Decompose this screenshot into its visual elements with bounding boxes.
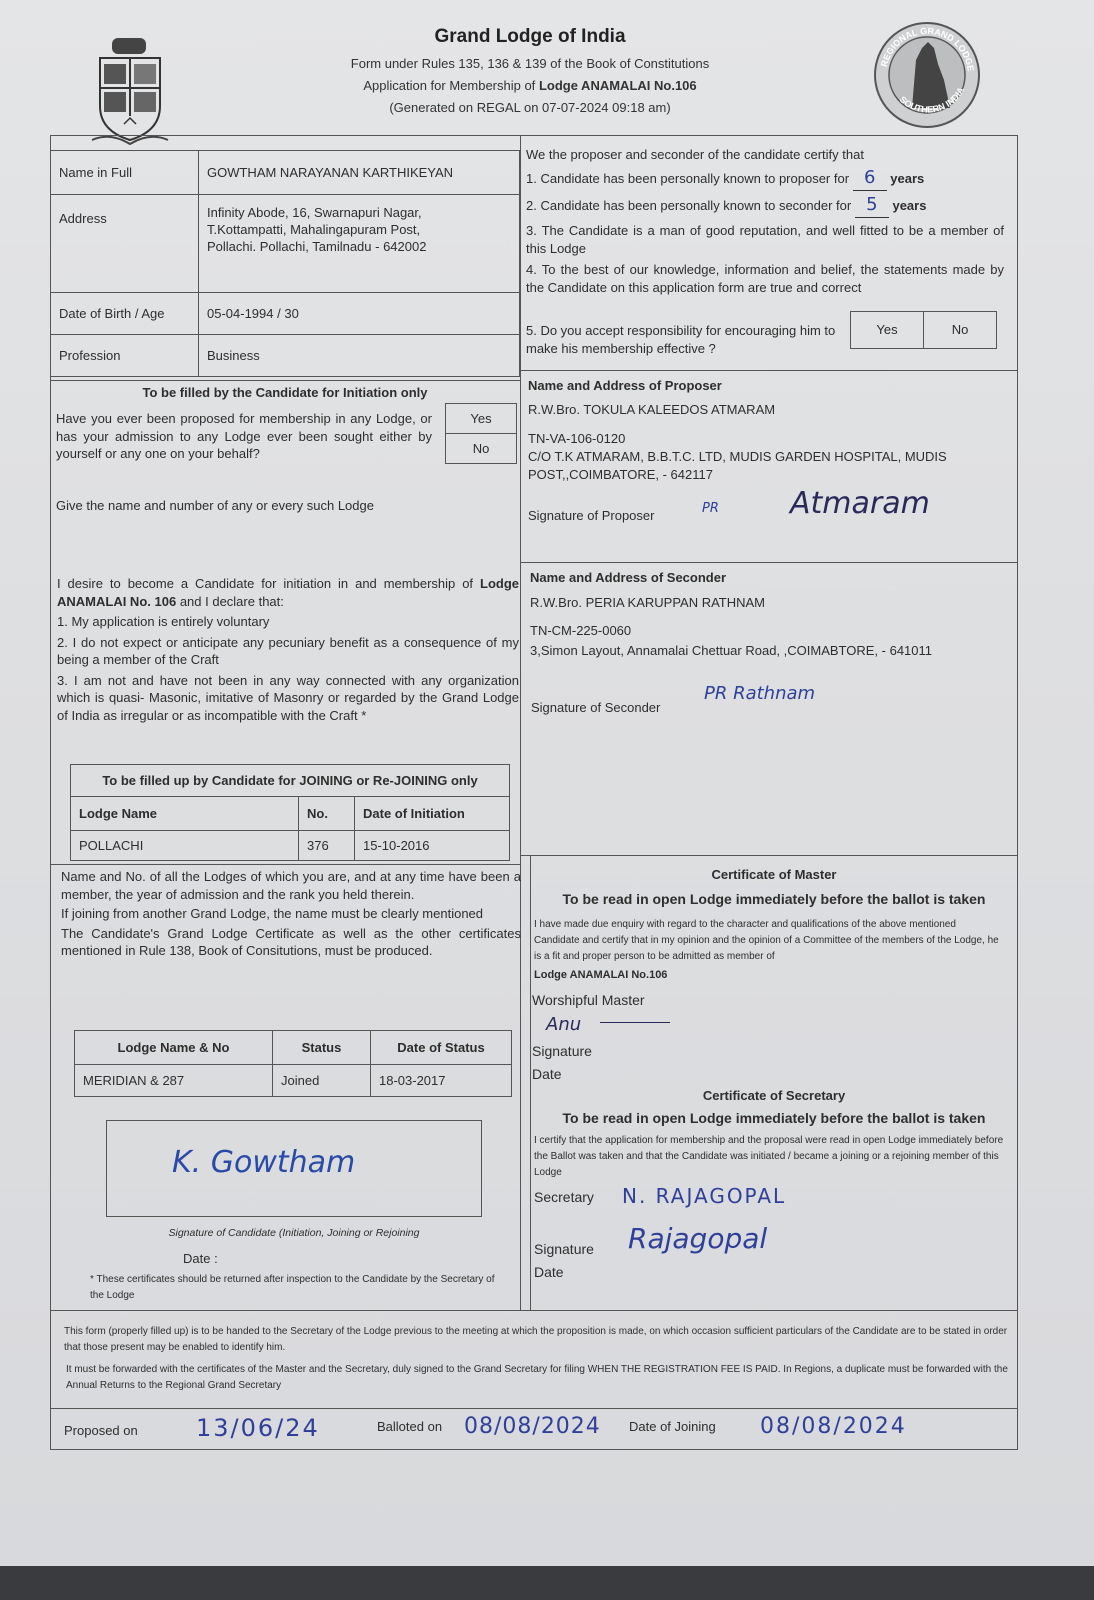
certify-item-2-text: 2. Candidate has been personally known t… [526, 198, 851, 213]
proposed-on-label: Proposed on [64, 1422, 138, 1440]
table-cell: Joined [273, 1065, 371, 1097]
candidate-signature: K. Gowtham [172, 1145, 355, 1180]
column-header: Lodge Name [71, 797, 299, 831]
lodges-note-p1: Name and No. of all the Lodges of which … [61, 868, 521, 903]
master-signature-label: Signature [532, 1042, 592, 1061]
declaration-item: 3. I am not and have not been in any way… [57, 672, 519, 725]
proposer-address: C/O T.K ATMARAM, B.B.T.C. LTD, MUDIS GAR… [528, 448, 998, 483]
joining-table: To be filled up by Candidate for JOINING… [70, 764, 510, 861]
years-label: years [890, 171, 924, 186]
secretary-date-label: Date [534, 1263, 564, 1282]
address-label: Address [51, 195, 199, 293]
table-header-row: Lodge Name & No Status Date of Status [75, 1031, 512, 1065]
secretary-cert-body: I certify that the application for membe… [534, 1133, 1006, 1181]
dob-value: 05-04-1994 / 30 [199, 293, 520, 335]
candidate-date-label: Date : [183, 1250, 218, 1268]
master-signature: Anu [546, 1014, 581, 1035]
declaration-item: 1. My application is entirely voluntary [57, 613, 519, 631]
certify-item-3: 3. The Candidate is a man of good reputa… [526, 222, 1004, 257]
secretary-name: N. RAJAGOPAL [622, 1184, 786, 1208]
table-row: Address Infinity Abode, 16, Swarnapuri N… [51, 195, 520, 293]
application-prefix: Application for Membership of [363, 78, 535, 93]
table-header-row: To be filled up by Candidate for JOINING… [71, 765, 510, 797]
table-row: Name in Full GOWTHAM NARAYANAN KARTHIKEY… [51, 151, 520, 195]
footer-divider [50, 1408, 1018, 1409]
lodges-note-p3: The Candidate's Grand Lodge Certificate … [61, 925, 521, 960]
certify-item-2: 2. Candidate has been personally known t… [526, 193, 1004, 218]
instructions-divider [50, 1310, 1018, 1311]
proposer-signature-label: Signature of Proposer [528, 507, 654, 525]
master-date-label: Date [532, 1065, 562, 1084]
balloted-on-label: Balloted on [377, 1418, 442, 1436]
profession-label: Profession [51, 335, 199, 377]
certify-item-1-text: 1. Candidate has been personally known t… [526, 171, 849, 186]
secretary-role-label: Secretary [534, 1188, 594, 1207]
lodges-note-p2: If joining from another Grand Lodge, the… [61, 905, 521, 923]
certify-item-4: 4. To the best of our knowledge, informa… [526, 261, 1004, 296]
secretary-cert-subtitle: To be read in open Lodge immediately bef… [530, 1109, 1018, 1128]
initiation-divider [50, 380, 520, 381]
table-cell: POLLACHI [71, 831, 299, 861]
proposed-on-value[interactable]: 13/06/24 [196, 1414, 320, 1442]
name-label: Name in Full [51, 151, 199, 195]
background-surface [0, 1566, 1094, 1600]
lodge-name-prompt: Give the name and number of any or every… [56, 497, 516, 515]
declaration-intro-tail: and I declare that: [180, 594, 284, 609]
regional-grand-lodge-seal-icon: REGIONAL GRAND LODGE SOUTHERN INDIA [872, 20, 982, 130]
table-header-row: Lodge Name No. Date of Initiation [71, 797, 510, 831]
coat-of-arms-icon [90, 36, 170, 146]
seconder-signature: PR Rathnam [704, 683, 815, 704]
master-cert-body: I have made due enquiry with regard to t… [534, 917, 1004, 965]
table-cell: 15-10-2016 [355, 831, 510, 861]
proposer-name: R.W.Bro. TOKULA KALEEDOS ATMARAM [528, 401, 775, 419]
candidate-signature-caption: Signature of Candidate (Initiation, Join… [106, 1226, 482, 1240]
secretary-cert-title: Certificate of Secretary [530, 1087, 1018, 1105]
declaration-intro: I desire to become a Candidate for initi… [57, 575, 519, 610]
instructions-p1: This form (properly filled up) is to be … [64, 1324, 1010, 1356]
seconder-heading: Name and Address of Seconder [530, 569, 726, 587]
lodges-note-divider [50, 864, 520, 865]
initiation-heading: To be filled by the Candidate for Initia… [50, 384, 520, 402]
status-table: Lodge Name & No Status Date of Status ME… [74, 1030, 512, 1097]
certify-item-1: 1. Candidate has been personally known t… [526, 166, 1004, 191]
responsibility-no-option[interactable]: No [923, 311, 997, 349]
address-line: Pollachi. Pollachi, Tamilnadu - 642002 [207, 239, 511, 256]
dob-label: Date of Birth / Age [51, 293, 199, 335]
master-cert-subtitle: To be read in open Lodge immediately bef… [530, 890, 1018, 909]
master-signature-stroke [600, 1022, 670, 1023]
prior-proposal-no-option[interactable]: No [445, 433, 517, 464]
date-of-joining-value[interactable]: 08/08/2024 [760, 1414, 907, 1439]
form-rules-subtitle: Form under Rules 135, 136 & 139 of the B… [300, 56, 760, 71]
lodges-note: Name and No. of all the Lodges of which … [61, 868, 521, 960]
table-row: Profession Business [51, 335, 520, 377]
table-row: MERIDIAN & 287 Joined 18-03-2017 [75, 1065, 512, 1097]
form-header: Grand Lodge of India Form under Rules 13… [300, 26, 760, 122]
lodge-name: Lodge ANAMALAI [539, 78, 650, 93]
column-header: Status [273, 1031, 371, 1065]
certify-intro: We the proposer and seconder of the cand… [526, 146, 1004, 164]
proposer-years-field[interactable]: 6 [853, 166, 887, 191]
lodge-number: No.106 [654, 78, 697, 93]
column-header: Lodge Name & No [75, 1031, 273, 1065]
certificate-column-edge [530, 855, 531, 1310]
seconder-years-field[interactable]: 5 [855, 193, 889, 218]
table-cell: MERIDIAN & 287 [75, 1065, 273, 1097]
seconder-divider [520, 562, 1018, 563]
organization-title: Grand Lodge of India [300, 26, 760, 48]
table-row: Date of Birth / Age 05-04-1994 / 30 [51, 293, 520, 335]
profession-value: Business [199, 335, 520, 377]
certify-block: We the proposer and seconder of the cand… [526, 146, 1004, 296]
certificate-divider [520, 855, 1018, 856]
proposer-signature: Atmaram [790, 486, 930, 521]
table-cell: 18-03-2017 [371, 1065, 512, 1097]
years-label: years [892, 198, 926, 213]
instructions-p2: It must be forwarded with the certificat… [66, 1362, 1010, 1394]
secretary-signature-label: Signature [534, 1240, 594, 1259]
address-value: Infinity Abode, 16, Swarnapuri Nagar, T.… [199, 195, 520, 293]
declaration-block: I desire to become a Candidate for initi… [57, 575, 519, 724]
seconder-address: 3,Simon Layout, Annamalai Chettuar Road,… [530, 642, 1000, 660]
prior-proposal-yes-option[interactable]: Yes [445, 403, 517, 434]
column-header: Date of Status [371, 1031, 512, 1065]
declaration-item: 2. I do not expect or anticipate any pec… [57, 634, 519, 669]
proposer-divider [520, 370, 1018, 371]
master-cert-title: Certificate of Master [530, 866, 1018, 884]
declaration-intro-text: I desire to become a Candidate for initi… [57, 576, 473, 591]
date-of-joining-label: Date of Joining [629, 1418, 716, 1436]
responsibility-yes-option[interactable]: Yes [850, 311, 924, 349]
column-header: Date of Initiation [355, 797, 510, 831]
certificates-footnote: * These certificates should be returned … [90, 1272, 510, 1304]
table-row: POLLACHI 376 15-10-2016 [71, 831, 510, 861]
seconder-signature-label: Signature of Seconder [531, 699, 660, 717]
balloted-on-value[interactable]: 08/08/2024 [464, 1414, 601, 1439]
column-divider [520, 135, 521, 1310]
certify-item-5: 5. Do you accept responsibility for enco… [526, 322, 846, 357]
initiation-question: Have you ever been proposed for membersh… [56, 410, 432, 463]
column-header: No. [299, 797, 355, 831]
seconder-name: R.W.Bro. PERIA KARUPPAN RATHNAM [530, 594, 765, 612]
seconder-id: TN-CM-225-0060 [530, 622, 631, 640]
application-subtitle: Application for Membership of Lodge ANAM… [300, 78, 760, 93]
master-role: Worshipful Master [532, 991, 645, 1010]
generated-timestamp: (Generated on REGAL on 07-07-2024 09:18 … [300, 100, 760, 115]
secretary-signature: Rajagopal [628, 1222, 767, 1255]
name-value: GOWTHAM NARAYANAN KARTHIKEYAN [199, 151, 520, 195]
master-cert-lodge: Lodge ANAMALAI No.106 [534, 968, 667, 983]
address-line: Infinity Abode, 16, Swarnapuri Nagar, [207, 205, 511, 222]
candidate-details-table: Name in Full GOWTHAM NARAYANAN KARTHIKEY… [50, 150, 520, 377]
proposer-heading: Name and Address of Proposer [528, 377, 722, 395]
proposer-id: TN-VA-106-0120 [528, 430, 625, 448]
joining-table-title: To be filled up by Candidate for JOINING… [71, 765, 510, 797]
address-line: T.Kottampatti, Mahalingapuram Post, [207, 222, 511, 239]
proposer-signature-prefix: PR [702, 501, 719, 516]
table-cell: 376 [299, 831, 355, 861]
